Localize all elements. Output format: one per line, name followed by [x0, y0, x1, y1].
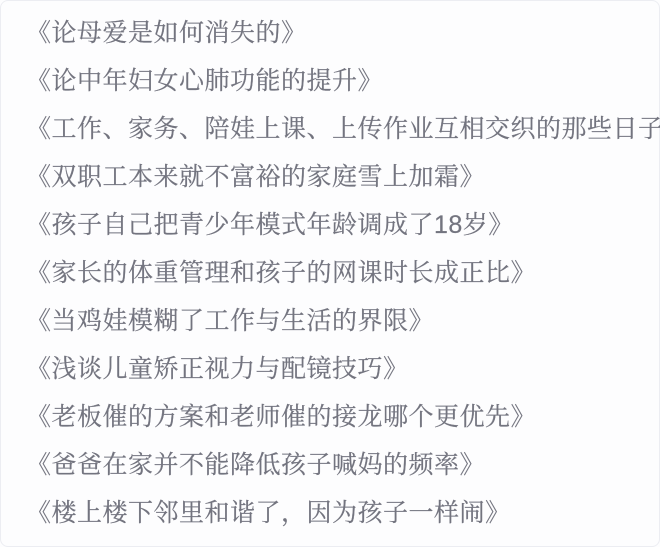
article-title: 《爸爸在家并不能降低孩子喊妈的频率》 [26, 441, 649, 489]
article-title: 《老板催的方案和老师催的接龙哪个更优先》 [26, 393, 649, 441]
article-title: 《论中年妇女心肺功能的提升》 [26, 57, 649, 105]
article-title: 《楼上楼下邻里和谐了，因为孩子一样闹》 [26, 489, 649, 537]
article-title: 《当鸡娃模糊了工作与生活的界限》 [26, 297, 649, 345]
article-title: 《孩子自己把青少年模式年龄调成了18岁》 [26, 201, 649, 249]
article-title: 《浅谈儿童矫正视力与配镜技巧》 [26, 345, 649, 393]
title-list: 《论母爱是如何消失的》 《论中年妇女心肺功能的提升》 《工作、家务、陪娃上课、上… [0, 0, 660, 547]
article-title: 《家长的体重管理和孩子的网课时长成正比》 [26, 249, 649, 297]
article-title: 《论母爱是如何消失的》 [26, 9, 649, 57]
article-title: 《工作、家务、陪娃上课、上传作业互相交织的那些日子》 [26, 105, 649, 153]
article-title: 《双职工本来就不富裕的家庭雪上加霜》 [26, 153, 649, 201]
